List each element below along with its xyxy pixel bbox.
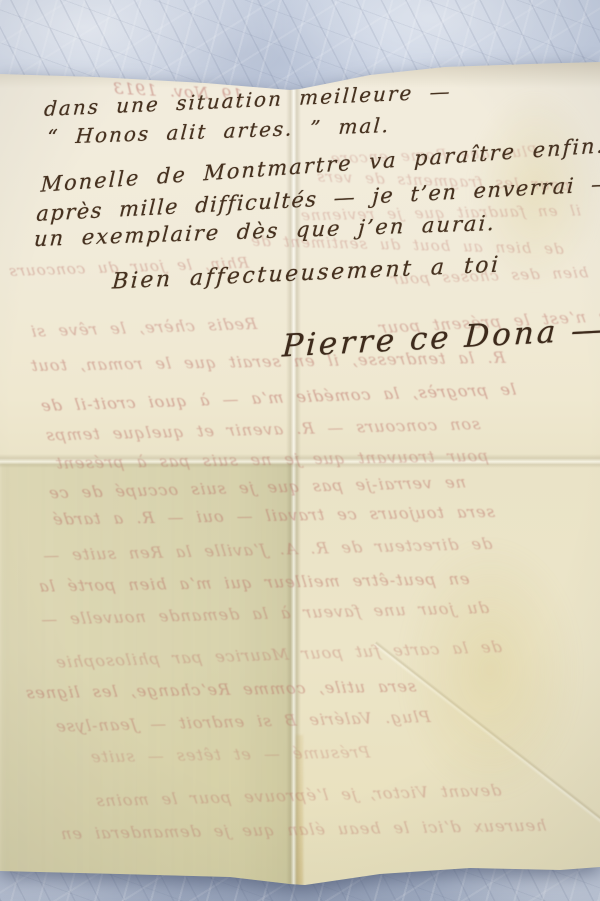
recto-ink-layer: dans une situation meilleure —“ Honos al… xyxy=(0,0,600,901)
paper-shadow: 19 Nov. 1913Plus que Rome encorepour les… xyxy=(0,0,600,901)
letter-paper: 19 Nov. 1913Plus que Rome encorepour les… xyxy=(0,0,600,901)
photo-of-letter: 19 Nov. 1913Plus que Rome encorepour les… xyxy=(0,0,600,901)
signature-handwriting: Pierre ce Dona — xyxy=(281,311,600,364)
recto-ink-line: dans une situation meilleure — xyxy=(43,79,452,121)
recto-ink-line: Bien affectueusement a toi xyxy=(111,252,501,294)
